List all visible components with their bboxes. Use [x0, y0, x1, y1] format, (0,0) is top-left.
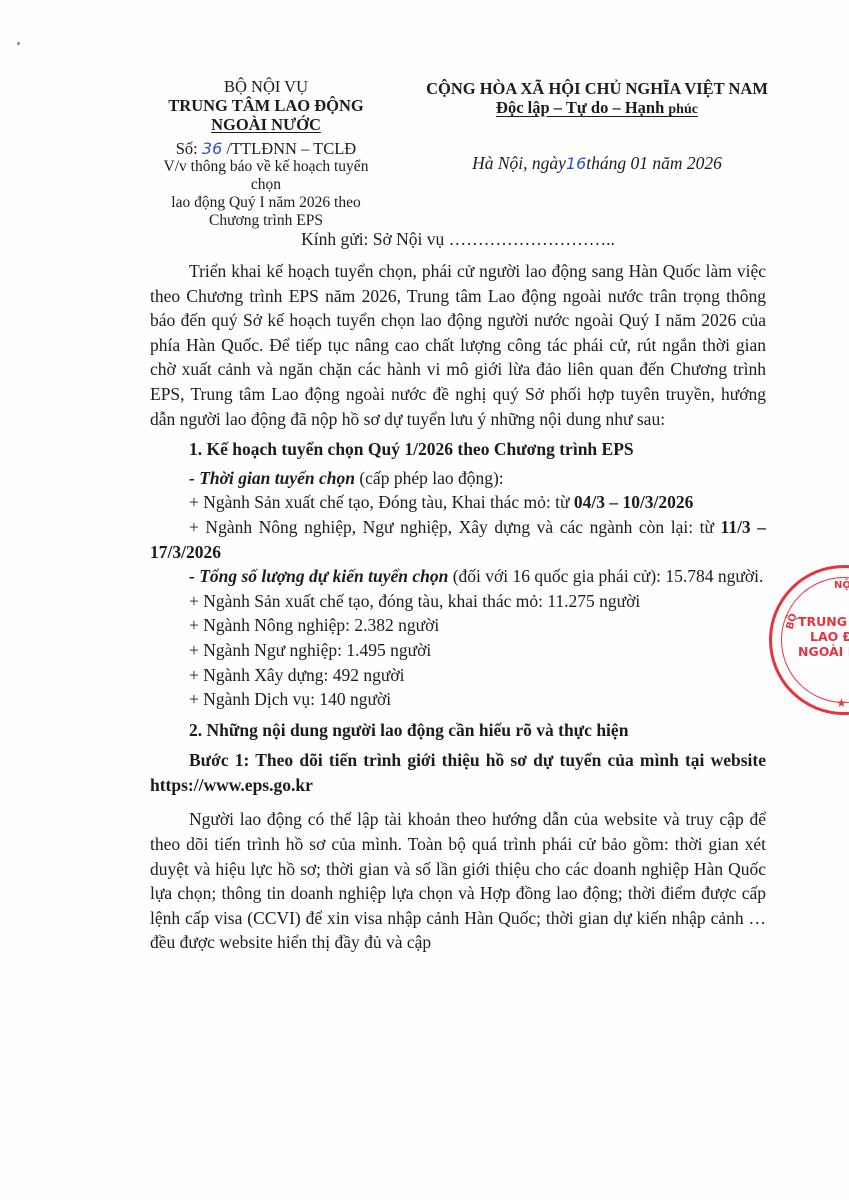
motto-tail: phúc — [668, 102, 698, 117]
seal-line: NGOÀI N — [798, 644, 849, 659]
document-number-prefix: Số: — [176, 139, 202, 158]
quota-item: + Ngành Ngư nghiệp: 1.495 người — [150, 638, 766, 663]
national-header: CỘNG HÒA XÃ HỘI CHỦ NGHĨA VIỆT NAM Độc l… — [414, 79, 780, 174]
document-subject: V/v thông báo về kế hoạch tuyển chọn lao… — [150, 158, 382, 230]
place-and-date: Hà Nội, ngày16tháng 01 năm 2026 — [414, 153, 780, 174]
subject-line: V/v thông báo về kế hoạch tuyển chọn — [150, 158, 382, 194]
section-2-heading: 2. Những nội dung người lao động cần hiể… — [150, 718, 766, 743]
quota-item: + Ngành Sản xuất chế tạo, đóng tàu, khai… — [150, 589, 766, 614]
day-handwritten: 16 — [566, 154, 586, 173]
step-1-title: Bước 1: Theo dõi tiến trình giới thiệu h… — [150, 748, 766, 797]
document-number-handwritten: 36 — [202, 139, 222, 158]
nation-title: CỘNG HÒA XÃ HỘI CHỦ NGHĨA VIỆT NAM — [414, 79, 780, 98]
ministry-name: BỘ NỘI VỤ — [150, 77, 382, 96]
quota-item: + Ngành Xây dựng: 492 người — [150, 663, 766, 688]
document-page: BỘ NỘI VỤ TRUNG TÂM LAO ĐỘNG NGOÀI NƯỚC … — [0, 0, 849, 1200]
document-number-suffix: /TTLĐNN – TCLĐ — [222, 139, 356, 158]
schedule-item: + Ngành Sản xuất chế tạo, Đóng tàu, Khai… — [150, 490, 766, 515]
official-seal: NỘI BỘ TRUNG LAO ĐỘ NGOÀI N ★ — [769, 565, 849, 715]
document-body: Triển khai kế hoạch tuyển chọn, phái cử … — [150, 259, 766, 955]
quota-item: + Ngành Dịch vụ: 140 người — [150, 687, 766, 712]
organization-name-line1: TRUNG TÂM LAO ĐỘNG — [150, 96, 382, 115]
selection-time-note: (cấp phép lao động): — [355, 468, 504, 488]
schedule-item: + Ngành Nông nghiệp, Ngư nghiệp, Xây dựn… — [150, 515, 766, 564]
step-1-paragraph: Người lao động có thể lập tài khoản theo… — [150, 807, 766, 955]
intro-paragraph: Triển khai kế hoạch tuyển chọn, phái cử … — [150, 259, 766, 431]
selection-time: - Thời gian tuyển chọn (cấp phép lao độn… — [150, 466, 766, 491]
total-quota: - Tổng số lượng dự kiến tuyển chọn (đối … — [150, 564, 766, 589]
seal-center-text: TRUNG LAO ĐỘ NGOÀI N — [798, 614, 849, 659]
seal-line: TRUNG — [798, 614, 849, 629]
place-date-prefix: Hà Nội, ngày — [472, 153, 566, 173]
recipient-line: Kính gửi: Sở Nội vụ ……………………….. — [150, 229, 766, 250]
seal-top-text: NỘI — [834, 580, 849, 591]
subject-line: lao động Quý I năm 2026 theo — [150, 194, 382, 212]
subject-line: Chương trình EPS — [150, 212, 382, 230]
seal-line: LAO ĐỘ — [798, 629, 849, 644]
total-quota-note: (đối với 16 quốc gia phái cử): 15.784 ng… — [448, 566, 763, 586]
place-date-suffix: tháng 01 năm 2026 — [586, 153, 722, 173]
selection-time-label: - Thời gian tuyển chọn — [189, 468, 355, 488]
document-number: Số: 36 /TTLĐNN – TCLĐ — [150, 139, 382, 158]
star-icon: ★ — [836, 696, 847, 711]
quota-item: + Ngành Nông nghiệp: 2.382 người — [150, 613, 766, 638]
scan-speck — [17, 42, 20, 45]
section-1-heading: 1. Kế hoạch tuyển chọn Quý 1/2026 theo C… — [150, 437, 766, 462]
organization-name-line2: NGOÀI NƯỚC — [150, 115, 382, 134]
issuer-header: BỘ NỘI VỤ TRUNG TÂM LAO ĐỘNG NGOÀI NƯỚC … — [150, 77, 382, 230]
motto-main: Độc lập – Tự do – Hạnh — [496, 98, 668, 117]
schedule-dates: 04/3 – 10/3/2026 — [574, 492, 694, 512]
schedule-sector: + Ngành Nông nghiệp, Ngư nghiệp, Xây dựn… — [189, 517, 721, 537]
schedule-sector: + Ngành Sản xuất chế tạo, Đóng tàu, Khai… — [189, 492, 574, 512]
national-motto: Độc lập – Tự do – Hạnh phúc — [496, 98, 698, 119]
total-quota-label: - Tổng số lượng dự kiến tuyển chọn — [189, 566, 448, 586]
